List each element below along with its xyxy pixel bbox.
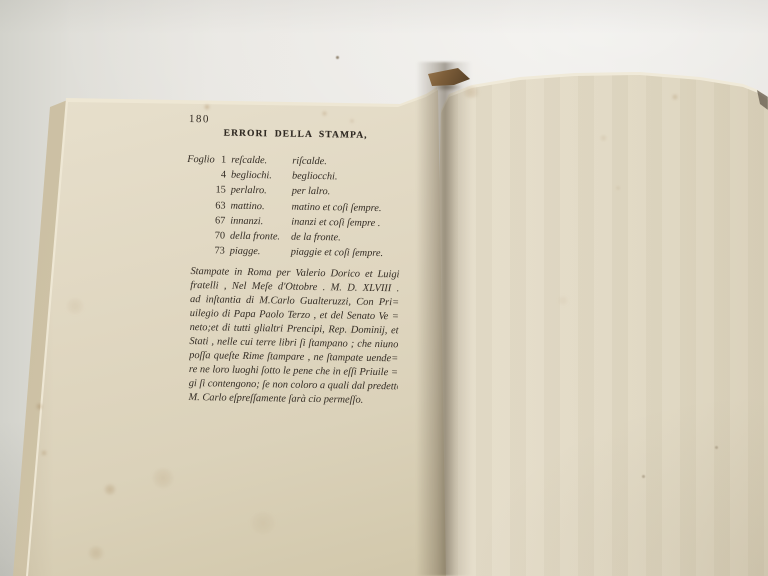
errata-list: Foglio 1 reſcalde. riſcalde. 4 begliochi… xyxy=(186,152,410,262)
foxing-spot xyxy=(344,327,356,338)
printed-text-block: 180 ERRORI DELLA STAMPA, Foglio 1 reſcal… xyxy=(183,112,418,436)
open-book-photo: 180 ERRORI DELLA STAMPA, Foglio 1 reſcal… xyxy=(0,0,768,576)
foglio-label: Foglio xyxy=(187,152,212,168)
errata-correction: de la fronte. xyxy=(291,230,408,247)
errata-error: della fronte. xyxy=(225,229,291,245)
errata-error: reſcalde. xyxy=(226,153,292,169)
folio-number: 67 xyxy=(211,213,225,228)
foxing-spot xyxy=(322,111,327,116)
folio-number: 15 xyxy=(212,183,226,198)
errata-heading: ERRORI DELLA STAMPA, xyxy=(224,129,368,141)
errata-error: perlalro. xyxy=(226,183,292,199)
wall-speck xyxy=(336,56,339,59)
foxing-spot xyxy=(250,512,276,534)
errata-row: 73 piagge. piaggie et coſi ſempre. xyxy=(186,243,408,262)
foxing-spot xyxy=(616,186,620,190)
folio-number: 73 xyxy=(211,244,225,259)
page-speck xyxy=(642,475,645,478)
foxing-spot xyxy=(462,86,480,98)
foxing-spot xyxy=(558,296,568,305)
errata-correction: inanzi et coſi ſempre . xyxy=(291,214,408,231)
folio-number: 4 xyxy=(212,168,226,183)
gutter-shadow xyxy=(416,62,472,576)
foxing-spot xyxy=(152,468,174,488)
foxing-spot xyxy=(88,546,104,560)
foxing-spot xyxy=(36,403,43,410)
page-speck xyxy=(715,446,718,449)
foxing-spot xyxy=(66,298,84,314)
foxing-spot xyxy=(350,119,354,123)
folio-number: 63 xyxy=(211,198,225,213)
errata-error: mattino. xyxy=(225,198,291,214)
errata-error: begliochi. xyxy=(226,168,292,184)
errata-error: piagge. xyxy=(225,244,291,260)
foxing-spot xyxy=(672,94,678,100)
page-number: 180 xyxy=(189,113,210,125)
errata-correction: piaggie et coſi ſempre. xyxy=(291,245,408,262)
errata-correction: matino et coſi ſempre. xyxy=(291,199,408,216)
foxing-spot xyxy=(104,484,116,495)
foxing-spot xyxy=(204,104,210,110)
foxing-spot xyxy=(41,450,47,456)
foxing-spot xyxy=(600,135,607,141)
errata-error: innanzi. xyxy=(225,213,291,229)
folio-number: 1 xyxy=(212,152,226,167)
folio-number: 70 xyxy=(211,228,225,243)
colophon-paragraph: Stampate in Roma per Valerio Dorico et L… xyxy=(188,265,399,408)
